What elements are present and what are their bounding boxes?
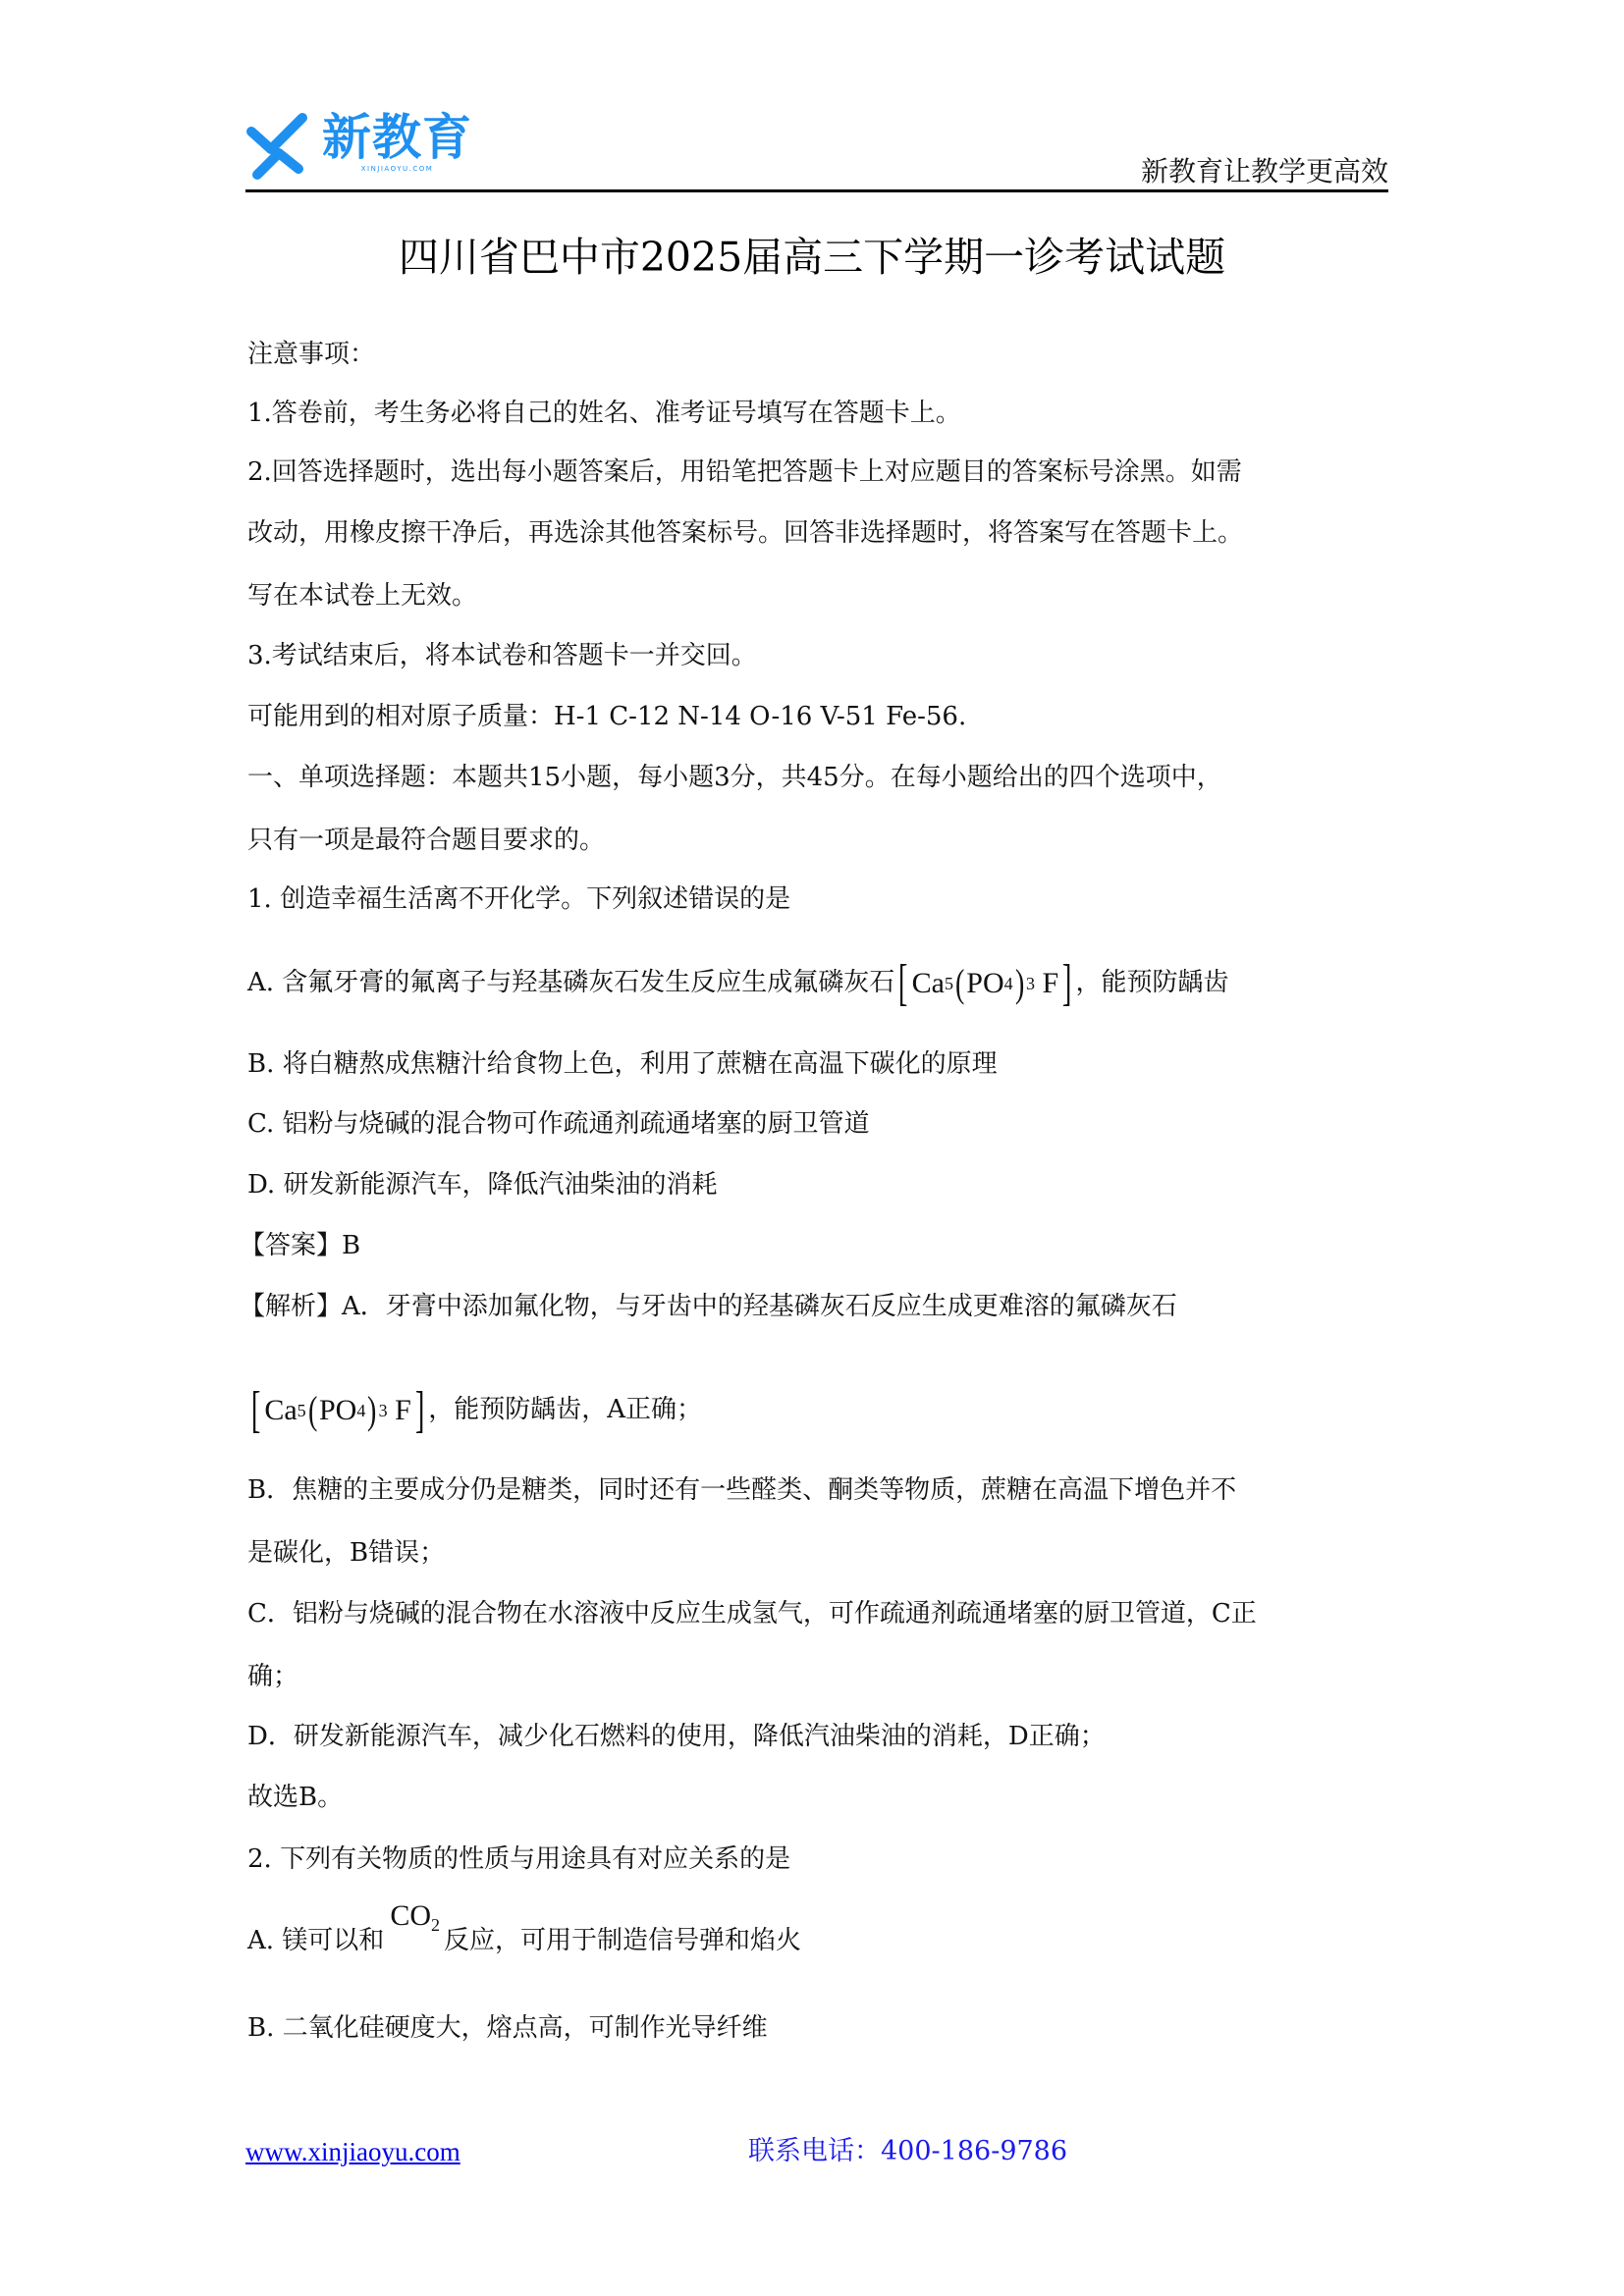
section-1-heading-line-1: 一、单项选择题：本题共15小题，每小题3分，共45分。在每小题给出的四个选项中， — [247, 760, 1222, 795]
notice-heading: 注意事项： — [247, 337, 375, 372]
question-1-option-b: B. 将白糖熬成焦糖汁给食物上色，利用了蔗糖在高温下碳化的原理 — [247, 1046, 998, 1082]
co2-formula: CO2 — [390, 1899, 440, 1932]
page-title: 四川省巴中市2025届高三下学期一诊考试试题 — [0, 228, 1624, 287]
question-1-conclusion: 故选B。 — [247, 1780, 343, 1815]
page-header: 新教育 XINJIAOYU.COM 新教育让教学更高效 — [245, 110, 1388, 190]
header-slogan: 新教育让教学更高效 — [1141, 155, 1388, 188]
fluorapatite-formula: [Ca5(PO4)3 F] — [247, 1385, 428, 1436]
question-2-stem: 2. 下列有关物质的性质与用途具有对应关系的是 — [247, 1842, 790, 1877]
question-1-analysis-d: D．研发新能源汽车，减少化石燃料的使用，降低汽油柴油的消耗，D正确； — [247, 1719, 1106, 1754]
question-1-answer: 【答案】B — [240, 1228, 360, 1263]
xinjiaoyu-logo-icon — [245, 110, 312, 181]
option-a-text-pre: A. 含氟牙膏的氟离子与羟基磷灰石发生反应生成氟磷灰石 — [247, 968, 894, 997]
question-1-analysis-b-line-1: B．焦糖的主要成分仍是糖类，同时还有一些醛类、酮类等物质，蔗糖在高温下增色并不 — [247, 1472, 1236, 1508]
notice-item-3: 3.考试结束后，将本试卷和答题卡一并交回。 — [247, 638, 757, 673]
question-2-option-a: A. 镁可以和CO2反应，可用于制造信号弹和焰火 — [247, 1922, 801, 1966]
question-1-option-a: A. 含氟牙膏的氟离子与羟基磷灰石发生反应生成氟磷灰石[Ca5(PO4)3 F]… — [247, 958, 1229, 1009]
question-1-analysis-a-line-1: 【解析】A．牙膏中添加氟化物，与牙齿中的羟基磷灰石反应生成更难溶的氟磷灰石 — [240, 1289, 1177, 1324]
footer-phone: 联系电话：400-186-9786 — [748, 2136, 1067, 2167]
question-1-option-c: C. 铝粉与烧碱的混合物可作疏通剂疏通堵塞的厨卫管道 — [247, 1106, 870, 1142]
footer-website-link[interactable]: www.xinjiaoyu.com — [245, 2136, 460, 2167]
fluorapatite-formula: [Ca5(PO4)3 F] — [894, 958, 1075, 1009]
atomic-masses: 可能用到的相对原子质量：H-1 C-12 N-14 O-16 V-51 Fe-5… — [247, 699, 966, 734]
header-divider — [245, 189, 1388, 192]
question-2-option-b: B. 二氧化硅硬度大，熔点高，可制作光导纤维 — [247, 2010, 768, 2046]
notice-item-1: 1.答卷前，考生务必将自己的姓名、准考证号填写在答题卡上。 — [247, 396, 961, 431]
question-1-analysis-b-line-2: 是碳化，B错误； — [247, 1535, 445, 1571]
question-1-analysis-a-line-2: [Ca5(PO4)3 F]，能预防龋齿，A正确； — [247, 1385, 702, 1436]
notice-item-2-line-1: 2.回答选择题时，选出每小题答案后，用铅笔把答题卡上对应题目的答案标号涂黑。如需 — [247, 454, 1242, 490]
section-1-heading-line-2: 只有一项是最符合题目要求的。 — [247, 823, 605, 858]
question-1-analysis-c-line-2: 确； — [247, 1659, 298, 1694]
logo-subtext: XINJIAOYU.COM — [361, 165, 434, 173]
logo-text: 新教育 — [322, 110, 472, 165]
question-1-option-d: D. 研发新能源汽车，降低汽油柴油的消耗 — [247, 1167, 717, 1202]
question-1-analysis-c-line-1: C．铝粉与烧碱的混合物在水溶液中反应生成氢气，可作疏通剂疏通堵塞的厨卫管道，C正 — [247, 1596, 1257, 1631]
notice-item-2-line-3: 写在本试卷上无效。 — [247, 578, 477, 614]
notice-item-2-line-2: 改动，用橡皮擦干净后，再选涂其他答案标号。回答非选择题时，将答案写在答题卡上。 — [247, 515, 1243, 551]
logo: 新教育 XINJIAOYU.COM — [245, 110, 472, 187]
option-a-text-post: ，能预防龋齿 — [1076, 968, 1229, 997]
question-1-stem: 1. 创造幸福生活离不开化学。下列叙述错误的是 — [247, 881, 790, 917]
document-page: 新教育 XINJIAOYU.COM 新教育让教学更高效 四川省巴中市2025届高… — [0, 0, 1624, 2296]
